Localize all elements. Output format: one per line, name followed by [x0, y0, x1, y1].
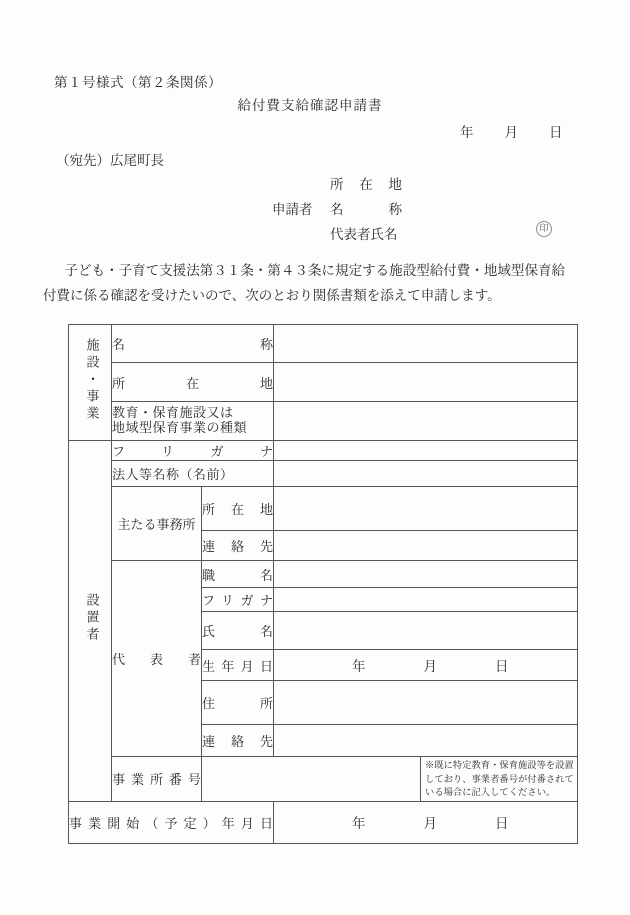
- rep-contact-label: 連絡先: [202, 725, 274, 757]
- row-facility-type: 教育・保育施設又は 地域型保育事業の種類: [69, 402, 578, 441]
- facility-group-cell: 施設・事業: [69, 325, 112, 441]
- office-contact-field: [274, 531, 578, 561]
- start-date-field: 年 月 日: [274, 801, 578, 843]
- rep-contact-field: [274, 725, 578, 757]
- installer-furigana-label: フリガナ: [112, 441, 274, 461]
- addressee: （宛先）広尾町長: [56, 149, 164, 169]
- birth-year-label: 年: [352, 655, 366, 675]
- row-installer-furigana: 設置者 フリガナ: [69, 441, 578, 461]
- rep-name-label: 氏名: [202, 612, 274, 650]
- seal-stamp-icon: 印: [536, 221, 552, 237]
- row-corporate-name: 法人等名称（名前）: [69, 461, 578, 487]
- representative-label: 代表者: [112, 561, 202, 757]
- birth-day-label: 日: [495, 655, 509, 675]
- row-facility-name: 施設・事業 名称: [69, 325, 578, 363]
- facility-type-label: 教育・保育施設又は 地域型保育事業の種類: [112, 402, 274, 441]
- main-office-label: 主たる事務所: [112, 487, 202, 561]
- facility-name-label: 名称: [112, 325, 274, 363]
- row-office-number: 事業所番号 ※既に特定教育・保育施設等を設置しており、事業者番号が付番されている…: [69, 757, 578, 802]
- rep-address-label: 住所: [202, 681, 274, 725]
- date-year-label: 年: [460, 121, 474, 141]
- start-day-label: 日: [495, 812, 509, 832]
- facility-name-field: [274, 325, 578, 363]
- start-month-label: 月: [424, 812, 438, 832]
- start-year-label: 年: [352, 812, 366, 832]
- applicant-block: 所在地 申請者 名称 代表者氏名: [272, 170, 402, 245]
- office-contact-label: 連絡先: [202, 531, 274, 561]
- applicant-address-row: 所在地: [272, 170, 402, 195]
- date-month-label: 月: [505, 121, 519, 141]
- applicant-representative-row: 代表者氏名: [272, 220, 402, 245]
- facility-type-label-line1: 教育・保育施設又は: [112, 406, 273, 422]
- corporate-name-field: [274, 461, 578, 487]
- facility-address-label: 所在地: [112, 363, 274, 402]
- rep-birthdate-field: 年 月 日: [274, 650, 578, 681]
- facility-type-field: [274, 402, 578, 441]
- rep-furigana-label: フリガナ: [202, 588, 274, 612]
- rep-birthdate-label: 生年月日: [202, 650, 274, 681]
- rep-furigana-field: [274, 588, 578, 612]
- applicant-address-label: 所在地: [330, 173, 402, 193]
- page-title: 給付費支給確認申請書: [0, 94, 620, 114]
- date-day-label: 日: [549, 121, 563, 141]
- applicant-name-label: 名称: [330, 198, 402, 218]
- start-date-label: 事業開始（予定）年月日: [69, 801, 274, 843]
- facility-type-label-line2: 地域型保育事業の種類: [112, 421, 273, 437]
- applicant-group-label: 申請者: [272, 198, 330, 218]
- installer-group-cell: 設置者: [69, 441, 112, 802]
- rep-name-field: [274, 612, 578, 650]
- rep-title-field: [274, 561, 578, 588]
- office-number-note-cell: ※既に特定教育・保育施設等を設置しており、事業者番号が付番されている場合に記入し…: [421, 757, 578, 802]
- facility-address-field: [274, 363, 578, 402]
- rep-birthdate-units: 年 月 日: [274, 655, 577, 675]
- rep-title-label: 職名: [202, 561, 274, 588]
- installer-furigana-field: [274, 441, 578, 461]
- office-number-field: [202, 757, 421, 802]
- rep-address-field: [274, 681, 578, 725]
- installer-group-label: 設置者: [83, 593, 98, 644]
- office-number-note: ※既に特定教育・保育施設等を設置しており、事業者番号が付番されている場合に記入し…: [421, 757, 577, 801]
- row-facility-address: 所在地: [69, 363, 578, 402]
- applicant-name-row: 申請者 名称: [272, 195, 402, 220]
- seal-character: 印: [539, 225, 548, 234]
- corporate-name-label: 法人等名称（名前）: [112, 461, 274, 487]
- office-address-field: [274, 487, 578, 531]
- office-address-label: 所在地: [202, 487, 274, 531]
- date-line: 年 月 日: [460, 121, 563, 141]
- office-number-label: 事業所番号: [112, 757, 202, 802]
- applicant-representative-label: 代表者氏名: [330, 223, 402, 243]
- form-number: 第１号様式（第２条関係）: [54, 71, 222, 91]
- facility-group-label: 施設・事業: [83, 338, 98, 423]
- application-form-table: 施設・事業 名称 所在地 教育・保育施設又は 地域型保育事業の種類 設置者: [68, 324, 578, 844]
- row-office-address: 主たる事務所 所在地: [69, 487, 578, 531]
- intro-paragraph: 子ども・子育て支援法第３１条・第４３条に規定する施設型給付費・地域型保育給付費に…: [43, 259, 565, 309]
- start-date-units: 年 月 日: [274, 812, 577, 832]
- row-rep-title: 代表者 職名: [69, 561, 578, 588]
- birth-month-label: 月: [424, 655, 438, 675]
- row-start-date: 事業開始（予定）年月日 年 月 日: [69, 801, 578, 843]
- document-page: 第１号様式（第２条関係） 給付費支給確認申請書 年 月 日 （宛先）広尾町長 所…: [0, 0, 630, 915]
